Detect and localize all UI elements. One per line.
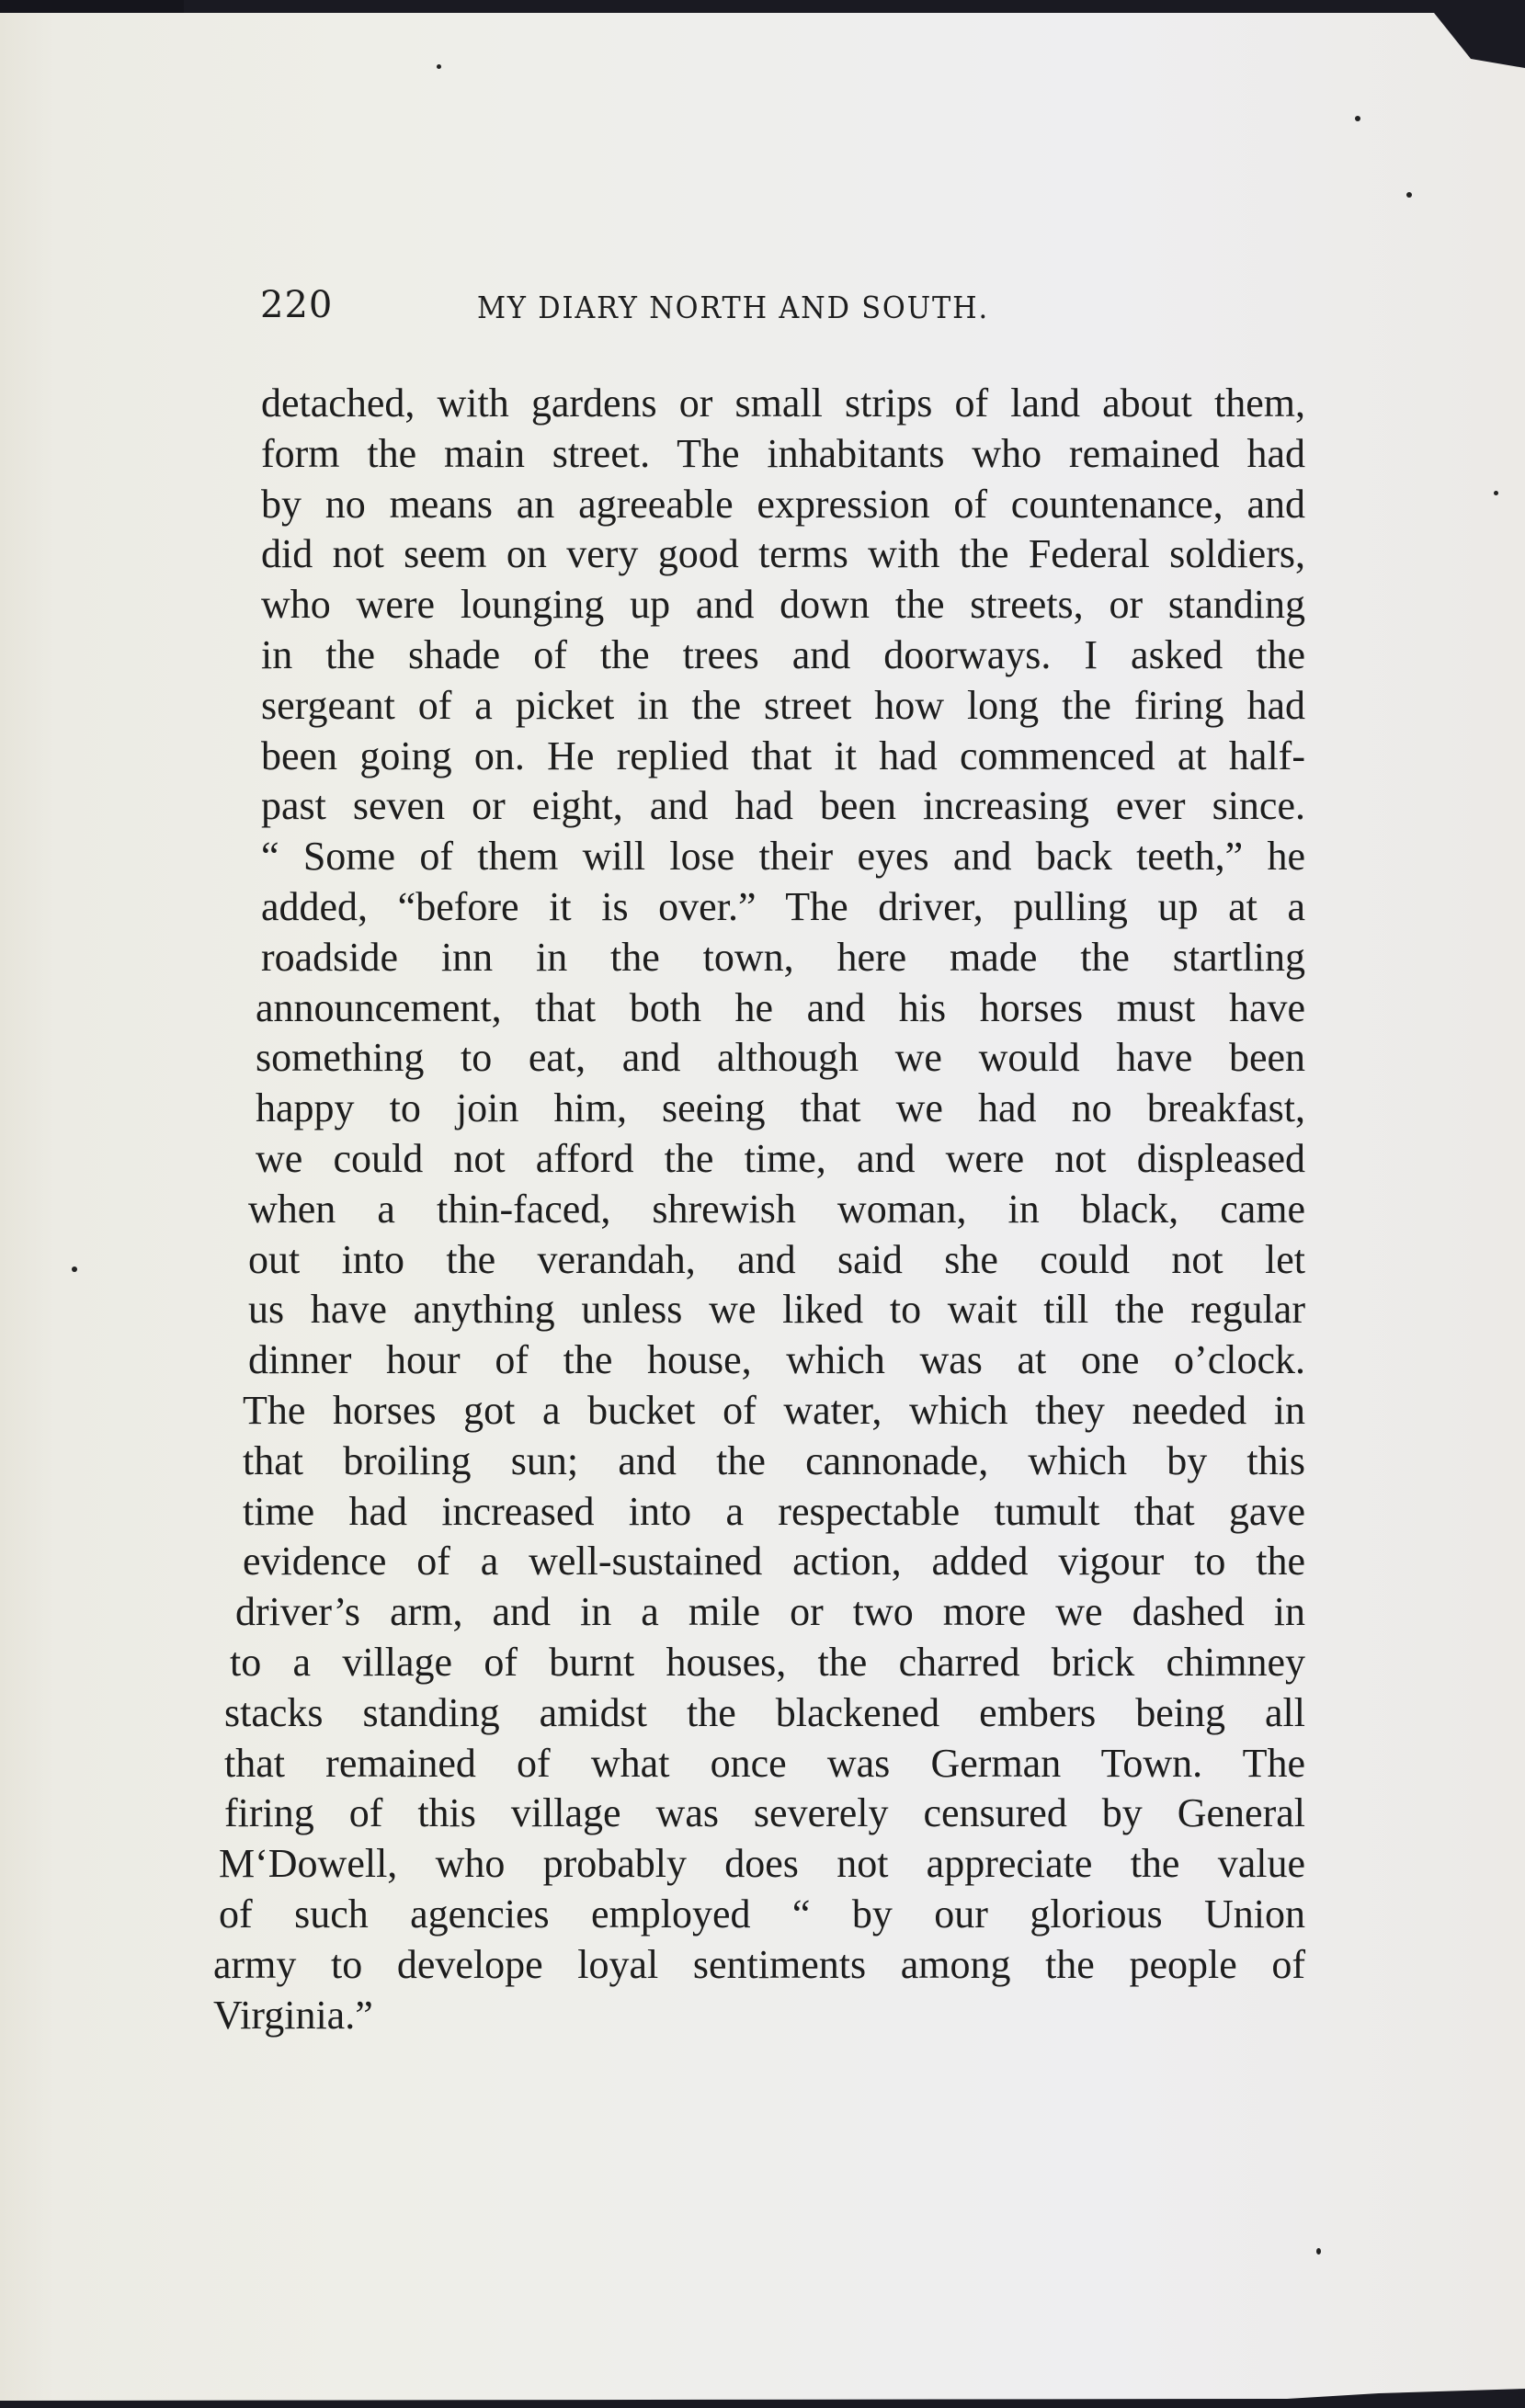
text-line: to a village of burnt houses, the charre… — [230, 1638, 1305, 1688]
paper-speck — [1494, 491, 1498, 495]
text-line: past seven or eight, and had been increa… — [261, 781, 1305, 832]
text-line: announcement, that both he and his horse… — [256, 983, 1305, 1034]
text-line: out into the verandah, and said she coul… — [248, 1235, 1305, 1286]
running-title: MY DIARY NORTH AND SOUTH. — [477, 290, 989, 325]
text-line: The horses got a bucket of water, which … — [243, 1386, 1305, 1437]
paper-speck — [1355, 116, 1360, 121]
paper-speck — [1406, 192, 1412, 198]
text-line: “ Some of them will lose their eyes and … — [261, 832, 1305, 882]
paper-speck — [437, 64, 441, 69]
paper-speck — [1316, 2248, 1321, 2255]
text-line: we could not afford the time, and were n… — [256, 1134, 1305, 1185]
text-line: that remained of what once was German To… — [224, 1739, 1305, 1789]
page-header: 220 MY DIARY NORTH AND SOUTH. — [260, 284, 1179, 339]
text-line: detached, with gardens or small strips o… — [261, 379, 1305, 429]
text-line: did not seem on very good terms with the… — [261, 529, 1305, 580]
body-text: detached, with gardens or small strips o… — [221, 379, 1305, 2040]
text-line: evidence of a well-sustained action, add… — [243, 1537, 1305, 1587]
text-line: stacks standing amidst the blackened emb… — [224, 1688, 1305, 1739]
text-line: that broiling sun; and the cannonade, wh… — [243, 1437, 1305, 1487]
text-line: by no means an agreeable expression of c… — [261, 480, 1305, 530]
text-line: been going on. He replied that it had co… — [261, 732, 1305, 782]
text-line: in the shade of the trees and doorways. … — [261, 630, 1305, 681]
book-page: 220 MY DIARY NORTH AND SOUTH. detached, … — [0, 13, 1525, 2401]
text-line: driver’s arm, and in a mile or two more … — [235, 1587, 1305, 1638]
text-line: who were lounging up and down the street… — [261, 580, 1305, 630]
text-line: Virginia.” — [213, 1991, 1305, 2041]
text-line: form the main street. The inhabitants wh… — [261, 429, 1305, 480]
text-line: army to develope loyal sentiments among … — [213, 1940, 1305, 1991]
text-line: dinner hour of the house, which was at o… — [248, 1335, 1305, 1386]
text-line: of such agencies employed “ by our glori… — [219, 1890, 1305, 1940]
text-line: M‘Dowell, who probably does not apprecia… — [219, 1839, 1305, 1890]
page-number: 220 — [260, 284, 333, 326]
text-line: when a thin-faced, shrewish woman, in bl… — [248, 1185, 1305, 1235]
text-line: us have anything unless we liked to wait… — [248, 1285, 1305, 1335]
text-line: time had increased into a respectable tu… — [243, 1487, 1305, 1538]
text-line: sergeant of a picket in the street how l… — [261, 681, 1305, 732]
text-line: happy to join him, seeing that we had no… — [256, 1084, 1305, 1134]
scanned-book-page: 220 MY DIARY NORTH AND SOUTH. detached, … — [0, 0, 1525, 2408]
scan-background-edge — [0, 0, 184, 13]
text-line: firing of this village was severely cens… — [224, 1789, 1305, 1839]
text-line: added, “before it is over.” The driver, … — [261, 882, 1305, 933]
text-line: something to eat, and although we would … — [256, 1033, 1305, 1084]
text-line: roadside inn in the town, here made the … — [261, 933, 1305, 983]
paper-speck — [72, 1266, 77, 1272]
